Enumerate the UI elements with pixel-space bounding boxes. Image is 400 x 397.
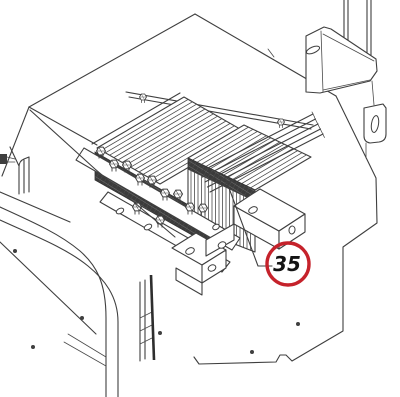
gusset-bracket-plate [306, 27, 377, 93]
bracket-hole [288, 226, 295, 235]
callout-label[interactable]: 35 [273, 252, 301, 276]
panel-edge-behind-tube [64, 334, 106, 366]
rivet-dot [296, 322, 300, 326]
rivet-dot [13, 249, 17, 253]
edge-tick-mark [268, 49, 274, 57]
cabinet-left-edge [2, 107, 29, 176]
rivet-dot [80, 316, 84, 320]
strip-bolt [139, 94, 146, 103]
rivet-dot [31, 345, 35, 349]
wire-end-caps [312, 112, 325, 138]
bracket-foot [176, 268, 202, 295]
panel-edge-lower [0, 242, 96, 334]
panel-edge-upper [0, 192, 70, 222]
frame-rung-marks [140, 312, 152, 344]
strip-bolt [277, 119, 284, 128]
left-clip-bracket [10, 147, 29, 194]
tube-inner-edge [0, 207, 106, 397]
isometric-parts-drawing: 35 [0, 0, 400, 397]
tube-frame [0, 207, 154, 397]
rivet-dot [250, 350, 254, 354]
cabinet-top-left-edge [29, 14, 195, 107]
left-bolt-head [0, 154, 7, 164]
heavy-cable-line [151, 275, 154, 360]
parts-diagram-canvas: 35 [0, 0, 400, 397]
gusset-bracket [305, 27, 386, 143]
rivet-dot [158, 331, 162, 335]
tube-outer-edge [0, 220, 118, 397]
frame-member-pair [140, 280, 145, 361]
